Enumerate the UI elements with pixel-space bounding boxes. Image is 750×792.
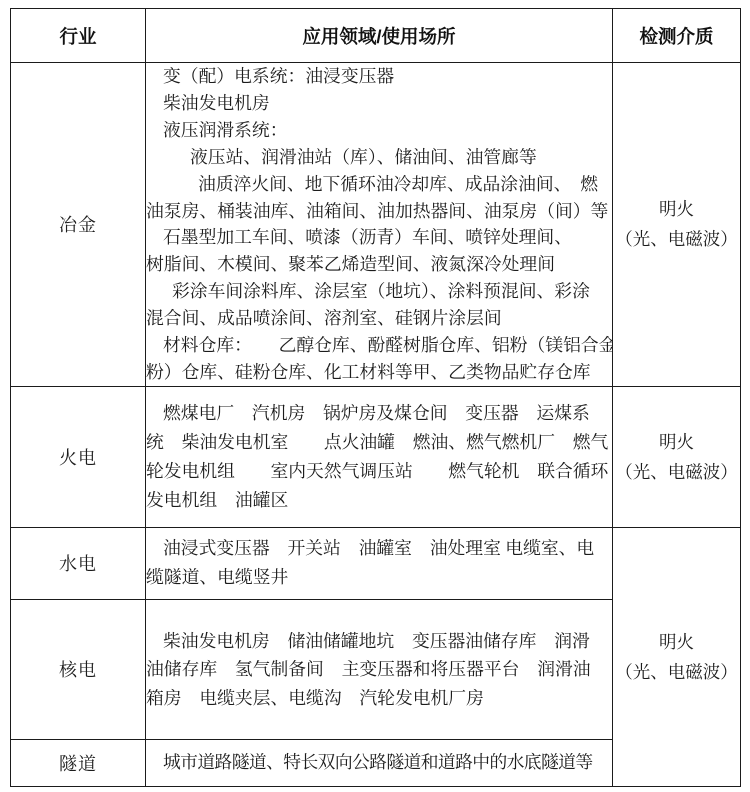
application-line: 油浸式变压器 开关站 油罐室 油处理室 电缆室、电 (146, 534, 612, 563)
application-line: 统 柴油发电机室 点火油罐 燃油、燃气燃机厂 燃气 (146, 428, 612, 457)
medium-cell-hydro-nuclear-tunnel: 明火 （光、电磁波） (613, 527, 741, 786)
application-line: 液压站、润滑油站（库）、储油间、油管廊等 (146, 144, 612, 171)
medium-line-fire: 明火 (613, 194, 740, 224)
application-line: 城市道路隧道、特长双向公路隧道和道路中的水底隧道等 (146, 749, 612, 776)
application-content-tunnel: 城市道路隧道、特长双向公路隧道和道路中的水底隧道等 (146, 739, 613, 786)
industry-label-tunnel: 隧道 (11, 739, 146, 786)
application-line: 树脂间、木模间、聚苯乙烯造型间、液氮深冷处理间 (146, 251, 612, 278)
application-line: 石墨型加工车间、喷漆（沥青）车间、喷锌处理间、 (146, 224, 612, 251)
application-line: 材料仓库： 乙醇仓库、酚醛树脂仓库、铝粉（镁铝合金 (146, 332, 612, 359)
application-line: 变（配）电系统：油浸变压器 (146, 63, 612, 90)
application-line: 燃煤电厂 汽机房 锅炉房及煤仓间 变压器 运煤系 (146, 399, 612, 428)
header-medium-cell: 检测介质 (613, 9, 741, 63)
medium-line-spectrum: （光、电磁波） (613, 457, 740, 487)
application-line: 柴油发电机房 (146, 90, 612, 117)
application-line: 柴油发电机房 储油储罐地坑 变压器油储存库 润滑 (146, 627, 612, 656)
application-content-thermal-power: 燃煤电厂 汽机房 锅炉房及煤仓间 变压器 运煤系 统 柴油发电机室 点火油罐 燃… (146, 386, 613, 527)
application-line: 箱房 电缆夹层、电缆沟 汽轮发电机厂房 (146, 684, 612, 713)
application-line: 油储存库 氢气制备间 主变压器和将压器平台 润滑油 (146, 655, 612, 684)
application-line: 轮发电机组 室内天然气调压站 燃气轮机 联合循环 (146, 457, 612, 486)
application-line: 彩涂车间涂料库、涂层室（地坑）、涂料预混间、彩涂 (146, 278, 612, 305)
application-line: 油泵房、桶装油库、油箱间、油加热器间、油泵房（间）等 (146, 198, 612, 225)
medium-cell-metallurgy: 明火 （光、电磁波） (613, 63, 741, 387)
medium-line-spectrum: （光、电磁波） (613, 224, 740, 254)
table-row-metallurgy: 冶金 变（配）电系统：油浸变压器 柴油发电机房 液压润滑系统： 液压站、润滑油站… (11, 63, 741, 387)
medium-line-fire: 明火 (613, 627, 740, 657)
application-line: 液压润滑系统： (146, 117, 612, 144)
application-content-hydro-power: 油浸式变压器 开关站 油罐室 油处理室 电缆室、电 缆隧道、电缆竖井 (146, 527, 613, 599)
industry-label-nuclear-power: 核电 (11, 599, 146, 739)
table-row-hydro-power: 水电 油浸式变压器 开关站 油罐室 油处理室 电缆室、电 缆隧道、电缆竖井 明火… (11, 527, 741, 599)
header-industry-cell: 行业 (11, 9, 146, 63)
header-application-cell: 应用领域/使用场所 (146, 9, 613, 63)
industry-label-thermal-power: 火电 (11, 386, 146, 527)
application-line: 油质淬火间、地下循环油冷却库、成品涂油间、 燃 (146, 171, 612, 198)
header-row: 行业 应用领域/使用场所 检测介质 (11, 9, 741, 63)
application-line: 粉）仓库、硅粉仓库、化工材料等甲、乙类物品贮存仓库 (146, 359, 612, 386)
medium-line-spectrum: （光、电磁波） (613, 657, 740, 687)
table-row-thermal-power: 火电 燃煤电厂 汽机房 锅炉房及煤仓间 变压器 运煤系 统 柴油发电机室 点火油… (11, 386, 741, 527)
application-line: 缆隧道、电缆竖井 (146, 563, 612, 592)
application-content-nuclear-power: 柴油发电机房 储油储罐地坑 变压器油储存库 润滑 油储存库 氢气制备间 主变压器… (146, 599, 613, 739)
application-line: 发电机组 油罐区 (146, 486, 612, 515)
application-line: 混合间、成品喷涂间、溶剂室、硅钢片涂层间 (146, 305, 612, 332)
medium-cell-thermal-power: 明火 （光、电磁波） (613, 386, 741, 527)
application-table: 行业 应用领域/使用场所 检测介质 冶金 变（配）电系统：油浸变压器 柴油发电机… (10, 8, 741, 787)
document-page: 行业 应用领域/使用场所 检测介质 冶金 变（配）电系统：油浸变压器 柴油发电机… (0, 0, 750, 792)
medium-line-fire: 明火 (613, 427, 740, 457)
industry-label-metallurgy: 冶金 (11, 63, 146, 387)
application-content-metallurgy: 变（配）电系统：油浸变压器 柴油发电机房 液压润滑系统： 液压站、润滑油站（库）… (146, 63, 613, 387)
industry-label-hydro-power: 水电 (11, 527, 146, 599)
